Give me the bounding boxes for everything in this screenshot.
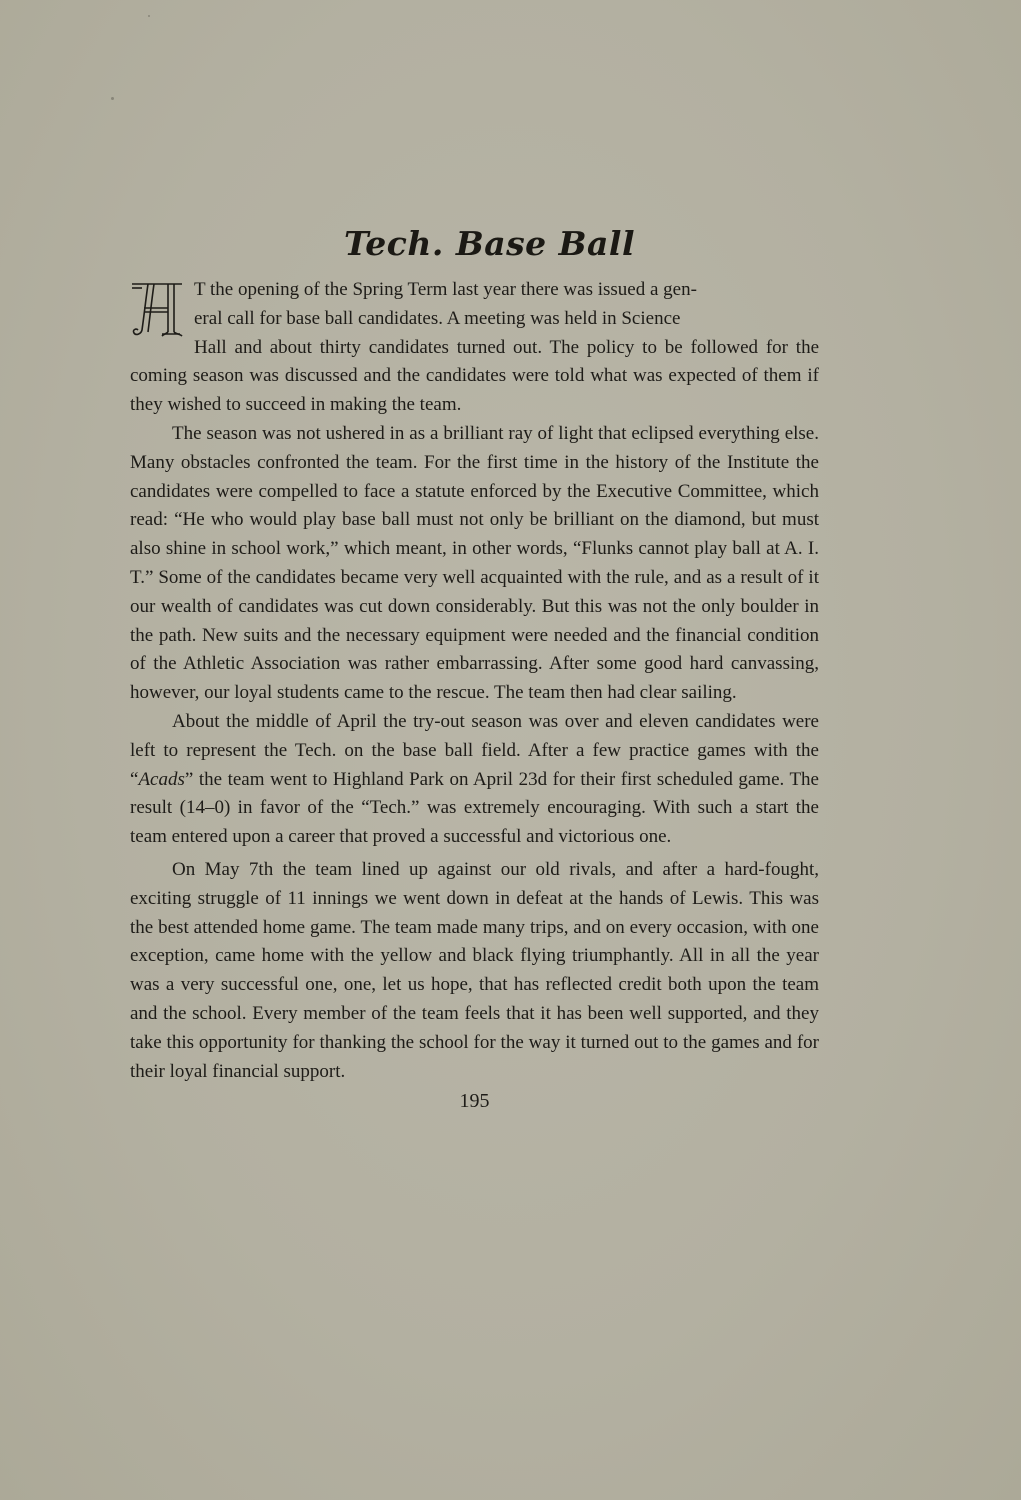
paragraph-4: On May 7th the team lined up against our…: [130, 856, 819, 1086]
paragraph-3-text-b: ” the team went to Highland Park on Apri…: [130, 769, 819, 848]
page-title: Tech. Base Ball: [130, 222, 819, 266]
article-body: T the opening of the Spring Term last ye…: [130, 276, 819, 1086]
paper-speck: [111, 97, 114, 100]
paragraph-1-line-2: eral call for base ball candidates. A me…: [130, 305, 819, 334]
page-number: 195: [130, 1090, 819, 1113]
paragraph-1: T the opening of the Spring Term last ye…: [130, 276, 819, 420]
paragraph-2: The season was not ushered in as a brill…: [130, 420, 819, 708]
drop-cap-a-icon: [130, 278, 188, 338]
paragraph-3: About the middle of April the try-out se…: [130, 708, 819, 852]
paper-speck: [148, 15, 150, 17]
paragraph-3-italic-acads: Acads: [138, 769, 184, 790]
paragraph-1-line-1: T the opening of the Spring Term last ye…: [130, 276, 819, 305]
paragraph-1-rest: Hall and about thirty candidates turned …: [130, 334, 819, 420]
page-content: Tech. Base Ball: [130, 222, 819, 1113]
